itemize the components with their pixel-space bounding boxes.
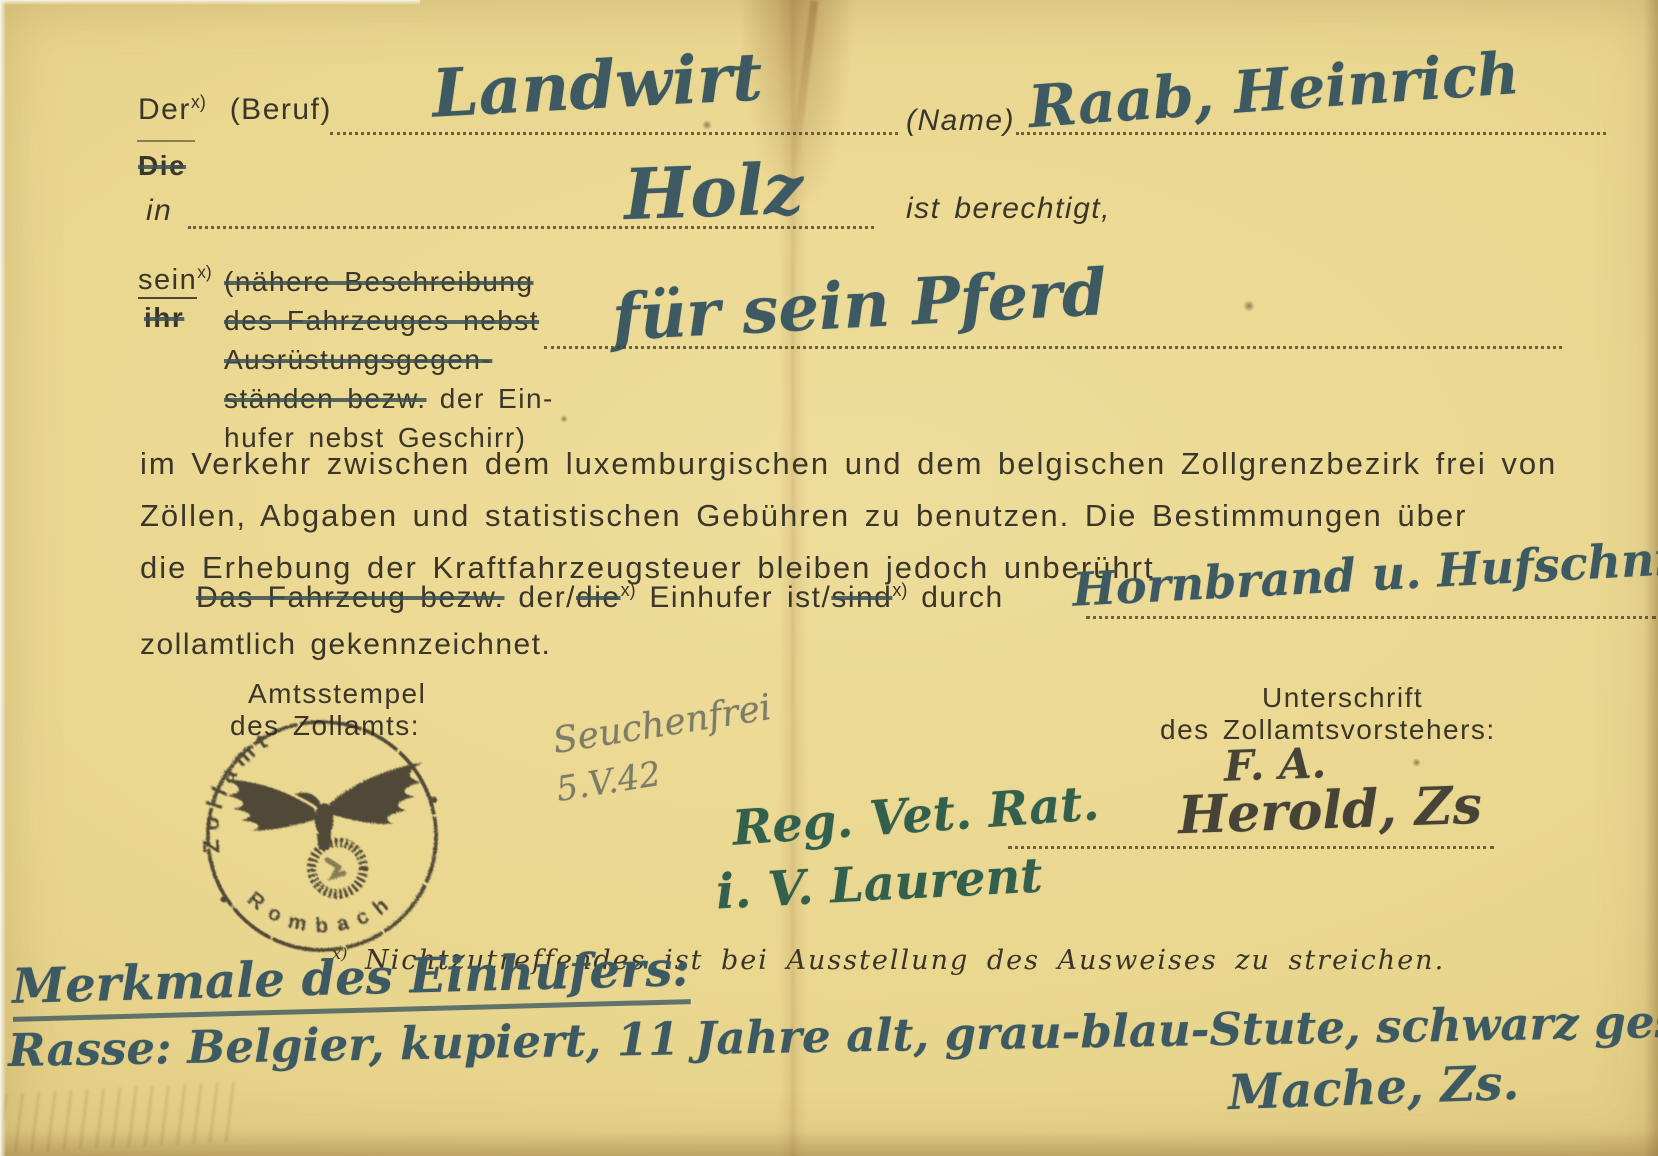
durch-word: durch [907,581,1003,614]
signature-label-line1: Unterschrift [1262,682,1423,714]
in-label: in [146,194,172,228]
die-strikethrough: Die [138,150,186,182]
vet-signature-handwritten: i. V. Laurent [715,847,1044,920]
der-underline-rule [137,140,195,142]
horse-characteristics-heading-handwritten: Merkmale des Einhufers: [11,941,690,1015]
stamp-ring-bottom-text: Rombach [243,887,401,938]
age-spot [560,415,568,423]
paren-line2-struck: des Fahrzeuges nebst [224,305,539,336]
paren-line4-struck: ständen bezw. [224,383,427,414]
signature-name-handwritten: Herold, Zs [1177,775,1483,847]
vehicle-description-block: (nähere Beschreibung des Fahrzeuges nebs… [224,262,554,457]
sein-word: sein [138,264,197,299]
marking-dotted-line [1086,616,1656,619]
profession-label: Derx) (Beruf) [138,92,332,127]
bottom-signature-handwritten: Mache, Zs. [1227,1055,1520,1121]
profession-value-handwritten: Landwirt [430,37,764,132]
scanned-customs-permit-document: Derx) (Beruf) Die (Name) Landwirt Raab, … [0,0,1658,1156]
paren-line3-struck: Ausrüstungsgegen- [224,344,492,375]
der-word: Der [138,93,191,126]
stamp-center-smudge [327,860,344,877]
age-spot [702,120,712,130]
footnote-marker: x) [197,262,212,282]
subject-dotted-line [544,346,1562,349]
paragraph-line1: im Verkehr zwischen dem luxemburgischen … [140,438,1557,490]
sind-strikethrough: sind [831,581,892,614]
footnote-marker: x) [892,580,907,600]
paragraph-line2: Zöllen, Abgaben und statistischen Gebühr… [140,490,1557,542]
age-spot [1243,300,1255,312]
name-value-handwritten: Raab, Heinrich [1026,39,1521,141]
footnote-marker: x) [621,580,636,600]
der-die-plain: der/ [504,581,576,614]
beruf-word: (Beruf) [230,93,332,126]
profession-dotted-line [330,132,898,135]
footnote-marker: x) [191,92,206,112]
scan-edge-left [0,0,6,1156]
paren-line4-plain: der Ein- [427,383,554,414]
name-label: (Name) [906,104,1015,138]
eagle-stamp-graphic: Zollamt Rombach [182,696,462,976]
die-strikethrough2: die [576,581,621,614]
einhufer-plain: Einhufer ist/ [636,581,832,614]
fahrzeug-strikethrough: Das Fahrzeug bezw. [196,581,504,614]
seuchenfrei-note-handwritten: Seuchenfrei [550,687,774,762]
berechtigt-text: ist berechtigt, [906,192,1111,226]
paren-line1-struck: (nähere Beschreibung [224,266,534,297]
bottom-edge-crease [0,1130,1658,1156]
gekennzeichnet-text: zollamtlich gekennzeichnet. [140,628,551,662]
seuchenfrei-date-handwritten: 5.V.42 [554,754,664,810]
signature-dotted-line [1008,846,1494,849]
subject-value-handwritten: für sein Pferd [610,255,1108,356]
age-spot [1412,758,1421,767]
customs-office-stamp: Zollamt Rombach [182,696,462,976]
scan-edge-top [0,0,420,5]
place-value-handwritten: Holz [623,147,805,236]
marking-sentence: Das Fahrzeug bezw. der/diex) Einhufer is… [196,580,1004,615]
eagle-icon [225,762,423,894]
sein-label: seinx) [138,262,212,297]
signature-label-line2: des Zollamtsvorstehers: [1160,714,1496,746]
ihr-strikethrough: ihr [144,302,184,334]
